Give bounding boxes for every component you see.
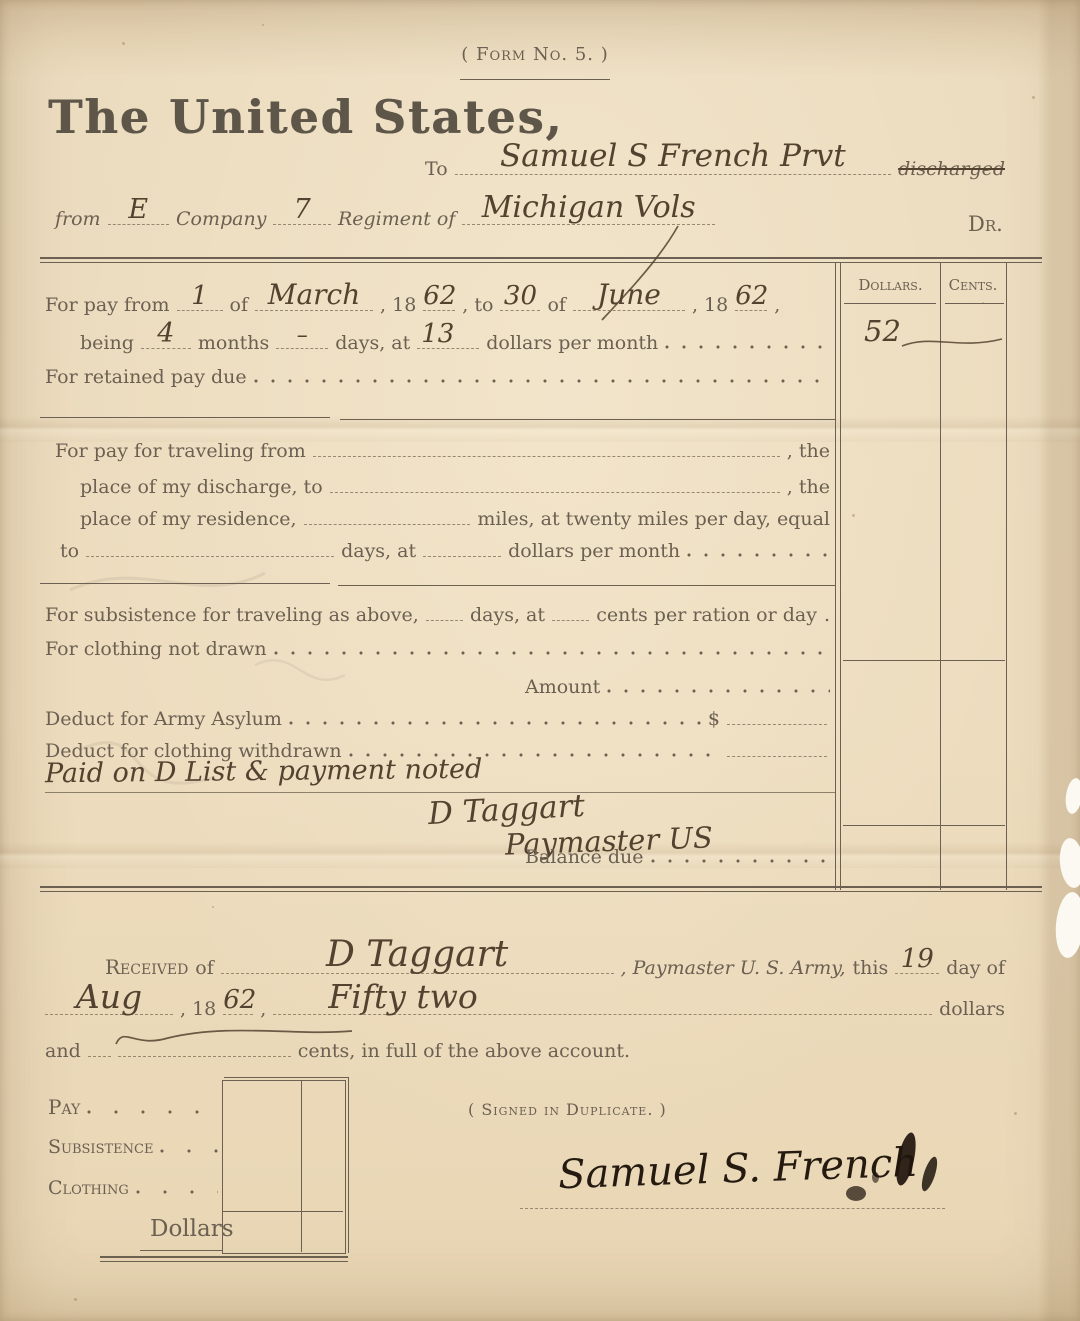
received-label: Received xyxy=(105,955,188,979)
subsistence-summary-label: Subsistence xyxy=(48,1136,153,1158)
dollars-per-month-label: dollars per month xyxy=(508,540,680,562)
for-pay-from-label: For pay from xyxy=(45,294,170,316)
of-label: of xyxy=(230,294,248,316)
days-value-blank: – xyxy=(276,347,328,349)
day-blank: 19 xyxy=(895,972,939,974)
payee-name-handwritten: Samuel S French Prvt xyxy=(455,141,892,172)
year-prefix: , 18 xyxy=(692,294,728,316)
money-row-line xyxy=(843,825,1005,826)
months-value-blank: 4 xyxy=(141,347,191,349)
form-number-underline xyxy=(460,79,610,80)
foxing-speck xyxy=(212,906,214,908)
amount-words-blank: Fifty two xyxy=(273,1013,932,1015)
amount-label: Amount xyxy=(525,676,600,698)
form-number: ( Form No. 5. ) xyxy=(430,44,640,65)
from-label: from xyxy=(55,208,101,230)
signature-baseline xyxy=(520,1208,945,1209)
box-double-edge xyxy=(348,1077,349,1253)
foxing-speck xyxy=(1014,1112,1017,1115)
rule xyxy=(40,886,1042,888)
to-label: , to xyxy=(462,294,493,316)
miles-per-day-label: miles, at twenty miles per day, equal xyxy=(477,508,830,530)
dollar-sign: $ xyxy=(708,708,720,730)
year-prefix: , 18 xyxy=(180,998,216,1020)
days-at-label: days, at xyxy=(341,540,416,562)
foxing-speck xyxy=(262,24,264,26)
money-column-divider xyxy=(940,262,941,890)
paper-tear xyxy=(1057,837,1080,889)
section-divider xyxy=(40,417,330,418)
rule xyxy=(40,891,1042,892)
deduct-asylum-label: Deduct for Army Asylum xyxy=(45,708,282,730)
year-blank: 62 xyxy=(223,1013,253,1015)
subsistence-label: For subsistence for traveling as above, xyxy=(45,604,419,626)
money-column-line xyxy=(840,262,841,890)
amount-words-handwritten: Fifty two xyxy=(273,980,932,1013)
rule xyxy=(40,257,1042,259)
section-divider xyxy=(338,585,836,586)
traveling-from-label: For pay for traveling from xyxy=(55,440,306,462)
regiment-number-blank: 7 xyxy=(273,223,330,225)
edge-shading xyxy=(1038,0,1080,1321)
company-value-handwritten: E xyxy=(108,196,169,223)
of-label: of xyxy=(195,957,213,979)
travel-rate-blank xyxy=(423,555,501,557)
retained-pay-label: For retained pay due xyxy=(45,366,247,388)
year-from-blank: 62 xyxy=(423,309,455,311)
money-column-line xyxy=(1006,262,1007,890)
month-handwritten: Aug xyxy=(45,980,173,1013)
ink-blot xyxy=(919,1155,941,1193)
dot-leader xyxy=(665,345,830,349)
paper-tear xyxy=(1053,891,1080,959)
payment-remark-handwritten: Paid on D List & payment noted xyxy=(45,754,483,790)
dot-leader xyxy=(274,651,830,655)
day-handwritten: 19 xyxy=(895,946,939,972)
month-from-blank: March xyxy=(255,309,373,311)
day-from-handwritten: 1 xyxy=(177,283,223,309)
trailing-dot: . xyxy=(824,604,830,626)
pay-summary-label: Pay xyxy=(48,1095,80,1119)
of-label: of xyxy=(547,294,565,316)
dot-leader xyxy=(160,1149,218,1153)
asylum-amount-blank xyxy=(727,723,827,725)
clothing-summary-label: Clothing xyxy=(48,1177,129,1199)
remark-underline xyxy=(45,792,835,793)
days-at-label: days, at xyxy=(470,604,545,626)
dollars-column-header: Dollars. xyxy=(843,276,938,294)
rate-handwritten: 13 xyxy=(417,321,479,347)
month-to-handwritten: June xyxy=(573,281,685,309)
cents-blank xyxy=(118,1055,291,1057)
company-label: Company xyxy=(176,208,266,230)
header-underline xyxy=(844,303,936,304)
months-label: months xyxy=(198,332,269,354)
dot-leader xyxy=(687,553,830,557)
ink-blot xyxy=(846,1186,866,1201)
year-to-blank: 62 xyxy=(735,309,767,311)
being-label: being xyxy=(80,332,134,354)
month-from-handwritten: March xyxy=(255,281,373,309)
foxing-speck xyxy=(122,42,125,45)
ration-label: cents per ration or day xyxy=(596,604,817,626)
and-label: and xyxy=(45,1040,81,1062)
foxing-speck xyxy=(1032,96,1035,99)
day-from-blank: 1 xyxy=(177,309,223,311)
payer-blank: D Taggart xyxy=(221,972,614,974)
comma: , xyxy=(260,998,266,1020)
box-column-divider xyxy=(301,1081,302,1252)
dot-leader xyxy=(136,1190,218,1194)
comma: , xyxy=(774,294,780,316)
section-divider xyxy=(40,583,330,584)
place-of-residence-label: place of my residence, xyxy=(80,508,297,530)
paymaster-army-label: , Paymaster U. S. Army, xyxy=(621,957,846,979)
money-row-line xyxy=(843,660,1005,661)
payer-signature-handwritten: D Taggart xyxy=(221,937,614,973)
ration-rate-blank xyxy=(552,619,589,621)
paper-tear xyxy=(1064,777,1080,815)
this-label: this xyxy=(853,957,889,979)
subsistence-days-blank xyxy=(426,619,463,621)
year-prefix: , 18 xyxy=(380,294,416,316)
pen-tail-stroke xyxy=(900,330,1006,356)
scanned-pay-form-document: ( Form No. 5. ) The United States, To Sa… xyxy=(0,0,1080,1321)
money-column-line xyxy=(835,262,836,890)
discharge-to-blank xyxy=(330,491,780,493)
dot-leader xyxy=(87,1110,218,1114)
cents-column-header: Cents. xyxy=(942,276,1004,294)
ink-blot xyxy=(872,1172,879,1183)
dollars-underline xyxy=(140,1250,222,1251)
day-to-blank: 30 xyxy=(500,309,540,311)
rate-blank: 13 xyxy=(417,347,479,349)
document-title: The United States, xyxy=(48,90,563,144)
dollars-summary-label: Dollars xyxy=(150,1216,234,1242)
heavy-underline xyxy=(100,1256,348,1258)
dot-leader xyxy=(254,379,830,383)
payee-blank: Samuel S French Prvt xyxy=(455,173,892,175)
dollars-label: dollars xyxy=(939,998,1005,1020)
days-value-handwritten: – xyxy=(276,325,328,347)
heavy-underline xyxy=(100,1261,348,1262)
to-label: To xyxy=(425,158,448,180)
foxing-speck xyxy=(852,514,855,517)
foxing-speck xyxy=(74,1298,77,1301)
months-value-handwritten: 4 xyxy=(141,320,191,347)
dot-leader xyxy=(607,689,830,693)
day-of-label: day of xyxy=(946,957,1005,979)
dot-leader xyxy=(651,859,831,863)
clothing-not-drawn-label: For clothing not drawn xyxy=(45,638,267,660)
to-label: to xyxy=(60,540,79,562)
summary-amount-box xyxy=(222,1080,346,1254)
the-label: , the xyxy=(787,440,830,462)
days-at-label: days, at xyxy=(335,332,410,354)
company-blank: E xyxy=(108,223,169,225)
the-label: , the xyxy=(787,476,830,498)
box-row-line xyxy=(223,1211,343,1212)
traveling-from-blank xyxy=(313,455,780,457)
pay-dollars-handwritten: 52 xyxy=(864,314,901,348)
cents-small-blank xyxy=(88,1055,111,1057)
year-from-handwritten: 62 xyxy=(423,283,455,309)
regiment-number-handwritten: 7 xyxy=(273,196,330,223)
rule xyxy=(40,262,1042,263)
month-to-blank: June xyxy=(573,309,685,311)
day-to-handwritten: 30 xyxy=(500,283,540,309)
box-double-edge xyxy=(224,1077,348,1078)
miles-blank xyxy=(304,523,471,525)
pen-dash-stroke xyxy=(110,1018,360,1050)
withdrawn-amount-blank xyxy=(727,755,827,757)
balance-due-label: Balance due xyxy=(525,846,644,868)
discharged-struck-word: discharged xyxy=(898,158,1005,180)
place-of-discharge-label: place of my discharge, to xyxy=(80,476,323,498)
equal-days-blank xyxy=(86,555,334,557)
dollars-per-month-label: dollars per month xyxy=(486,332,658,354)
dr-label: Dr. xyxy=(968,212,1003,236)
year-to-handwritten: 62 xyxy=(735,283,767,309)
header-underline xyxy=(945,303,1004,304)
dot-leader xyxy=(289,721,701,725)
year-handwritten: 62 xyxy=(223,987,253,1013)
regiment-name-handwritten: Michigan Vols xyxy=(462,193,715,223)
signed-in-duplicate-label: ( Signed in Duplicate. ) xyxy=(468,1100,667,1119)
regiment-of-label: Regiment of xyxy=(338,208,455,230)
month-blank: Aug xyxy=(45,1013,173,1015)
section-divider xyxy=(340,419,836,420)
